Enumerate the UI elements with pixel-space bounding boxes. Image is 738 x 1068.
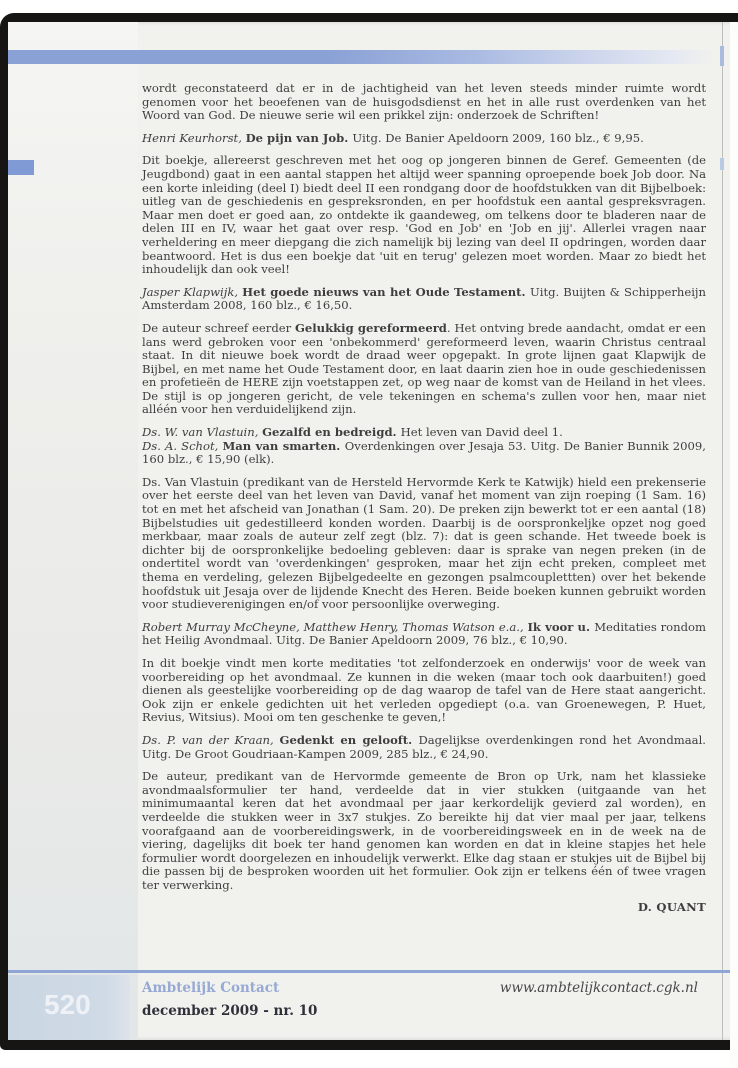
text-block: De auteur schreef eerder Gelukkig gerefo… — [142, 322, 706, 417]
footer-issue: december 2009 - nr. 10 — [142, 1003, 317, 1019]
text-block: Ds. Van Vlastuin (predikant van de Herst… — [142, 476, 706, 612]
page-number-box: 520 — [8, 975, 130, 1040]
text-block: Jasper Klapwijk, Het goede nieuws van he… — [142, 286, 706, 313]
page-number: 520 — [44, 989, 91, 1021]
text-block: Ds. P. van der Kraan, Gedenkt en gelooft… — [142, 734, 706, 761]
paper: wordt geconstateerd dat er in de jachtig… — [8, 22, 738, 1040]
footer-rule — [8, 970, 730, 973]
right-paper-edge — [730, 22, 738, 1068]
text-block: Henri Keurhorst, De pijn van Job. Uitg. … — [142, 132, 706, 146]
scanned-magazine-page: wordt geconstateerd dat er in de jachtig… — [0, 0, 738, 1068]
text-block: wordt geconstateerd dat er in de jachtig… — [142, 82, 706, 123]
text-block: De auteur, predikant van de Hervormde ge… — [142, 770, 706, 892]
right-margin-rule — [722, 22, 723, 1040]
scan-frame: wordt geconstateerd dat er in de jachtig… — [0, 13, 738, 1050]
text-block: Robert Murray McCheyne, Matthew Henry, T… — [142, 621, 706, 648]
content-blocks: wordt geconstateerd dat er in de jachtig… — [142, 82, 706, 924]
header-accent-bar — [8, 50, 714, 64]
text-block: In dit boekje vindt men korte meditaties… — [142, 657, 706, 725]
text-block: Dit boekje, allereerst geschreven met he… — [142, 154, 706, 276]
reviewer-signature: D. QUANT — [142, 901, 706, 915]
text-block: Ds. W. van Vlastuin, Gezalfd en bedreigd… — [142, 426, 706, 467]
right-rule-blue-mark-mid — [720, 158, 724, 170]
right-rule-blue-mark-top — [720, 46, 724, 66]
footer-magazine-title: Ambtelijk Contact — [142, 980, 279, 996]
footer-website: www.ambtelijkcontact.cgk.nl — [500, 980, 698, 996]
left-edge-tab-marker — [8, 160, 34, 175]
